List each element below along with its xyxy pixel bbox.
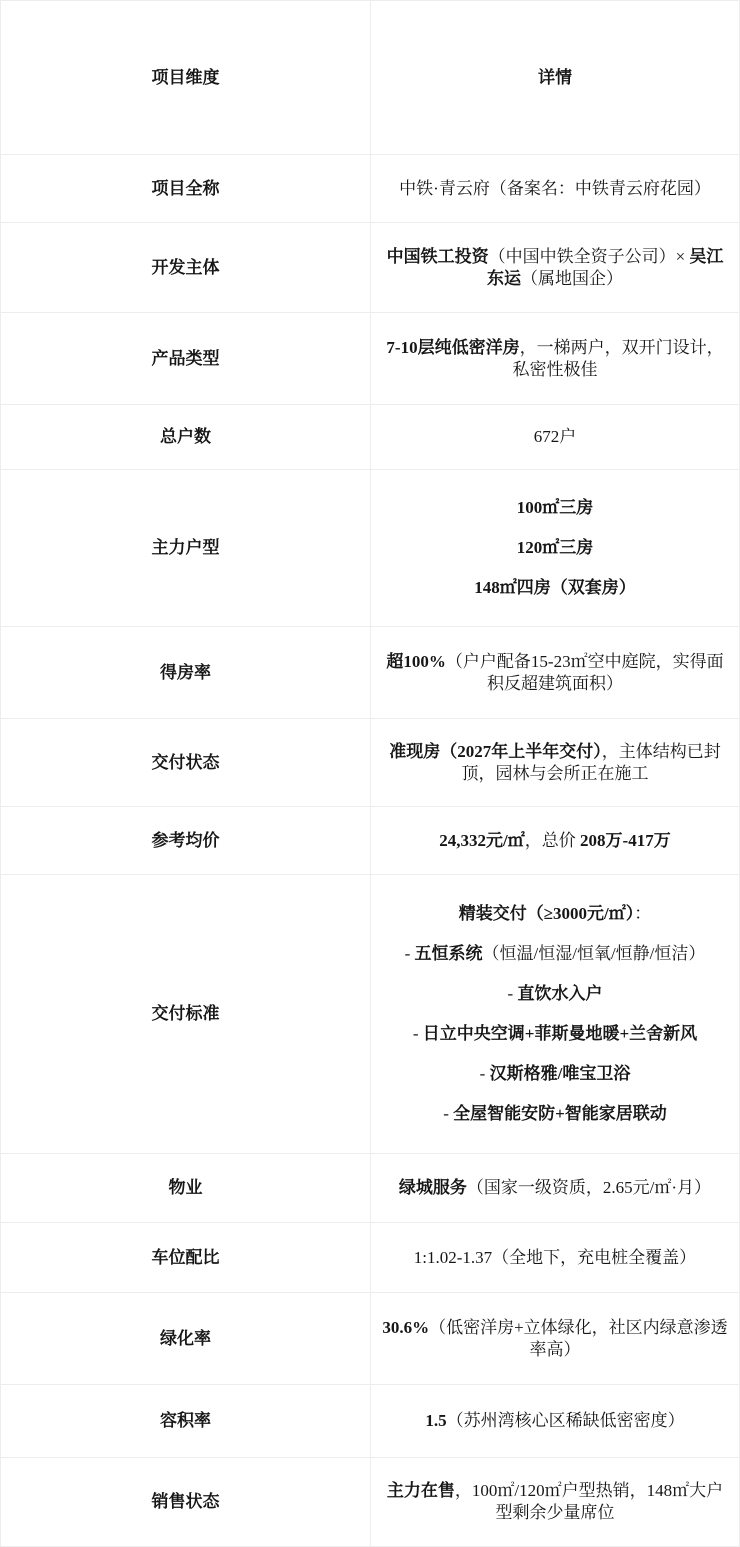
value-text-bold: 148㎡四房（双套房） (474, 578, 636, 597)
row-value-paragraph: 超100%（户户配备15-23㎡空中庭院，实得面积反超建筑面积） (379, 651, 731, 695)
value-text-bold: 120㎡三房 (517, 538, 594, 557)
value-text-bold: 全屋智能安防+智能家居联动 (453, 1104, 667, 1123)
row-label: 参考均价 (152, 830, 220, 852)
row-value-cell: 准现房（2027年上半年交付），主体结构已封顶，园林与会所正在施工 (371, 719, 739, 806)
table-header-row: 项目维度 详情 (1, 1, 739, 154)
value-text-bold: 绿城服务 (399, 1178, 467, 1197)
value-text-bold: 准现房（2027年上半年交付） (389, 742, 602, 761)
row-label: 总户数 (160, 426, 211, 448)
value-text-bold: 超100% (386, 652, 446, 671)
value-text: 1:1.02-1.37（全地下，充电桩全覆盖） (414, 1248, 696, 1267)
value-text-bold: 汉斯格雅/唯宝卫浴 (490, 1064, 631, 1083)
row-value-cell: 精装交付（≥3000元/㎡）：- 五恒系统（恒温/恒湿/恒氧/恒静/恒洁）- 直… (371, 875, 739, 1153)
row-label: 绿化率 (160, 1328, 211, 1350)
row-label-cell: 物业 (1, 1154, 371, 1222)
value-text-bold: 精装交付（≥3000元/㎡） (459, 904, 635, 923)
value-text-bold: 1.5 (425, 1411, 446, 1430)
row-value-paragraph: - 直饮水入户 (508, 983, 603, 1005)
row-value-paragraph: - 日立中央空调+菲斯曼地暖+兰舍新风 (413, 1023, 697, 1045)
table-row: 总户数672户 (1, 404, 739, 469)
value-text: ，100㎡/120㎡户型热销，148㎡大户型剩余少量席位 (455, 1481, 723, 1522)
header-cell-detail: 详情 (371, 1, 739, 154)
value-text: （中国中铁全资子公司）× (489, 247, 690, 266)
value-text: 中铁·青云府（备案名：中铁青云府花园） (399, 179, 711, 198)
value-text: （苏州湾核心区稀缺低密密度） (447, 1411, 685, 1430)
row-value-cell: 7-10层纯低密洋房，一梯两户，双开门设计，私密性极佳 (371, 313, 739, 404)
row-value-paragraph: 24,332元/㎡，总价 208万-417万 (439, 830, 670, 852)
row-value-paragraph: 30.6%（低密洋房+立体绿化，社区内绿意渗透率高） (379, 1317, 731, 1361)
value-text: - (508, 984, 518, 1003)
row-value-cell: 中铁·青云府（备案名：中铁青云府花园） (371, 155, 739, 222)
row-label-cell: 车位配比 (1, 1223, 371, 1292)
table-row: 开发主体中国铁工投资（中国中铁全资子公司）× 吴江东运（属地国企） (1, 222, 739, 312)
table-row: 容积率1.5（苏州湾核心区稀缺低密密度） (1, 1384, 739, 1457)
row-value-cell: 超100%（户户配备15-23㎡空中庭院，实得面积反超建筑面积） (371, 627, 739, 718)
table-row: 参考均价24,332元/㎡，总价 208万-417万 (1, 806, 739, 874)
row-value-paragraph: 主力在售，100㎡/120㎡户型热销，148㎡大户型剩余少量席位 (379, 1480, 731, 1524)
row-label-cell: 主力户型 (1, 470, 371, 626)
row-label-cell: 项目全称 (1, 155, 371, 222)
header-dimension-label: 项目维度 (152, 67, 220, 89)
row-value-paragraph: - 五恒系统（恒温/恒湿/恒氧/恒静/恒洁） (405, 943, 706, 965)
value-text: （国家一级资质，2.65元/㎡·月） (467, 1178, 711, 1197)
row-value-paragraph: 中铁·青云府（备案名：中铁青云府花园） (399, 178, 711, 200)
row-label: 项目全称 (152, 178, 220, 200)
value-text-bold: 208万-417万 (580, 831, 671, 850)
row-label: 交付标准 (152, 1003, 220, 1025)
value-text: ： (634, 904, 651, 923)
value-text-bold: 24,332元/㎡ (439, 831, 524, 850)
row-label-cell: 总户数 (1, 405, 371, 469)
value-text: 672户 (534, 427, 577, 446)
value-text-bold: 30.6% (382, 1318, 429, 1337)
value-text: （低密洋房+立体绿化，社区内绿意渗透率高） (429, 1318, 728, 1359)
row-value-paragraph: 精装交付（≥3000元/㎡）： (459, 903, 652, 925)
row-value-cell: 绿城服务（国家一级资质，2.65元/㎡·月） (371, 1154, 739, 1222)
row-value-paragraph: 7-10层纯低密洋房，一梯两户，双开门设计，私密性极佳 (379, 337, 731, 381)
table-row: 项目全称中铁·青云府（备案名：中铁青云府花园） (1, 154, 739, 222)
table-row: 交付标准精装交付（≥3000元/㎡）：- 五恒系统（恒温/恒湿/恒氧/恒静/恒洁… (1, 874, 739, 1153)
row-label: 产品类型 (152, 348, 220, 370)
value-text: （恒温/恒湿/恒氧/恒静/恒洁） (483, 944, 706, 963)
header-detail-label: 详情 (538, 67, 572, 89)
row-value-cell: 672户 (371, 405, 739, 469)
row-value-cell: 100㎡三房120㎡三房148㎡四房（双套房） (371, 470, 739, 626)
row-label-cell: 容积率 (1, 1385, 371, 1457)
row-label: 物业 (169, 1177, 203, 1199)
value-text-bold: 7-10层纯低密洋房 (386, 338, 519, 357)
value-text-bold: 五恒系统 (415, 944, 483, 963)
table-row: 主力户型100㎡三房120㎡三房148㎡四房（双套房） (1, 469, 739, 626)
table-row: 物业绿城服务（国家一级资质，2.65元/㎡·月） (1, 1153, 739, 1222)
row-label: 车位配比 (152, 1247, 220, 1269)
value-text: （属地国企） (521, 269, 623, 288)
value-text: ，总价 (525, 831, 580, 850)
row-label-cell: 绿化率 (1, 1293, 371, 1384)
row-label-cell: 参考均价 (1, 807, 371, 874)
value-text-bold: 主力在售 (387, 1481, 455, 1500)
row-label: 得房率 (160, 662, 211, 684)
row-value-paragraph: 1.5（苏州湾核心区稀缺低密密度） (425, 1410, 684, 1432)
value-text: - (480, 1064, 490, 1083)
row-value-paragraph: 672户 (534, 426, 577, 448)
row-label-cell: 开发主体 (1, 223, 371, 312)
table-row: 产品类型7-10层纯低密洋房，一梯两户，双开门设计，私密性极佳 (1, 312, 739, 404)
value-text-bold: 中国铁工投资 (387, 247, 489, 266)
table-row: 绿化率30.6%（低密洋房+立体绿化，社区内绿意渗透率高） (1, 1292, 739, 1384)
row-value-paragraph: - 汉斯格雅/唯宝卫浴 (480, 1063, 631, 1085)
row-label: 销售状态 (152, 1491, 220, 1513)
row-value-paragraph: 100㎡三房 (517, 497, 594, 519)
value-text-bold: 100㎡三房 (517, 498, 594, 517)
row-label-cell: 交付标准 (1, 875, 371, 1153)
row-value-paragraph: 120㎡三房 (517, 537, 594, 559)
row-value-cell: 1:1.02-1.37（全地下，充电桩全覆盖） (371, 1223, 739, 1292)
row-value-paragraph: 148㎡四房（双套房） (474, 577, 636, 599)
value-text-bold: 日立中央空调+菲斯曼地暖+兰舍新风 (423, 1024, 697, 1043)
row-value-cell: 中国铁工投资（中国中铁全资子公司）× 吴江东运（属地国企） (371, 223, 739, 312)
value-text: - (413, 1024, 423, 1043)
table-row: 车位配比1:1.02-1.37（全地下，充电桩全覆盖） (1, 1222, 739, 1292)
row-label-cell: 得房率 (1, 627, 371, 718)
row-value-cell: 1.5（苏州湾核心区稀缺低密密度） (371, 1385, 739, 1457)
table-row: 得房率超100%（户户配备15-23㎡空中庭院，实得面积反超建筑面积） (1, 626, 739, 718)
row-label: 容积率 (160, 1410, 211, 1432)
row-label-cell: 产品类型 (1, 313, 371, 404)
row-value-paragraph: 准现房（2027年上半年交付），主体结构已封顶，园林与会所正在施工 (379, 741, 731, 785)
row-label-cell: 交付状态 (1, 719, 371, 806)
table-row: 交付状态准现房（2027年上半年交付），主体结构已封顶，园林与会所正在施工 (1, 718, 739, 806)
project-info-table: 项目维度 详情 项目全称中铁·青云府（备案名：中铁青云府花园）开发主体中国铁工投… (0, 0, 740, 1547)
table-rows: 项目全称中铁·青云府（备案名：中铁青云府花园）开发主体中国铁工投资（中国中铁全资… (1, 154, 739, 1546)
row-value-paragraph: 绿城服务（国家一级资质，2.65元/㎡·月） (399, 1177, 711, 1199)
row-label: 交付状态 (152, 752, 220, 774)
header-cell-dimension: 项目维度 (1, 1, 371, 154)
value-text: - (443, 1104, 453, 1123)
row-value-paragraph: 中国铁工投资（中国中铁全资子公司）× 吴江东运（属地国企） (379, 246, 731, 290)
row-value-paragraph: 1:1.02-1.37（全地下，充电桩全覆盖） (414, 1247, 696, 1269)
value-text-bold: 直饮水入户 (517, 984, 602, 1003)
row-label: 开发主体 (152, 257, 220, 279)
value-text: - (405, 944, 415, 963)
row-value-cell: 30.6%（低密洋房+立体绿化，社区内绿意渗透率高） (371, 1293, 739, 1384)
row-label: 主力户型 (152, 537, 220, 559)
value-text: （户户配备15-23㎡空中庭院，实得面积反超建筑面积） (446, 652, 724, 693)
row-value-cell: 24,332元/㎡，总价 208万-417万 (371, 807, 739, 874)
value-text: ，一梯两户，双开门设计，私密性极佳 (513, 338, 724, 379)
row-value-paragraph: - 全屋智能安防+智能家居联动 (443, 1103, 667, 1125)
